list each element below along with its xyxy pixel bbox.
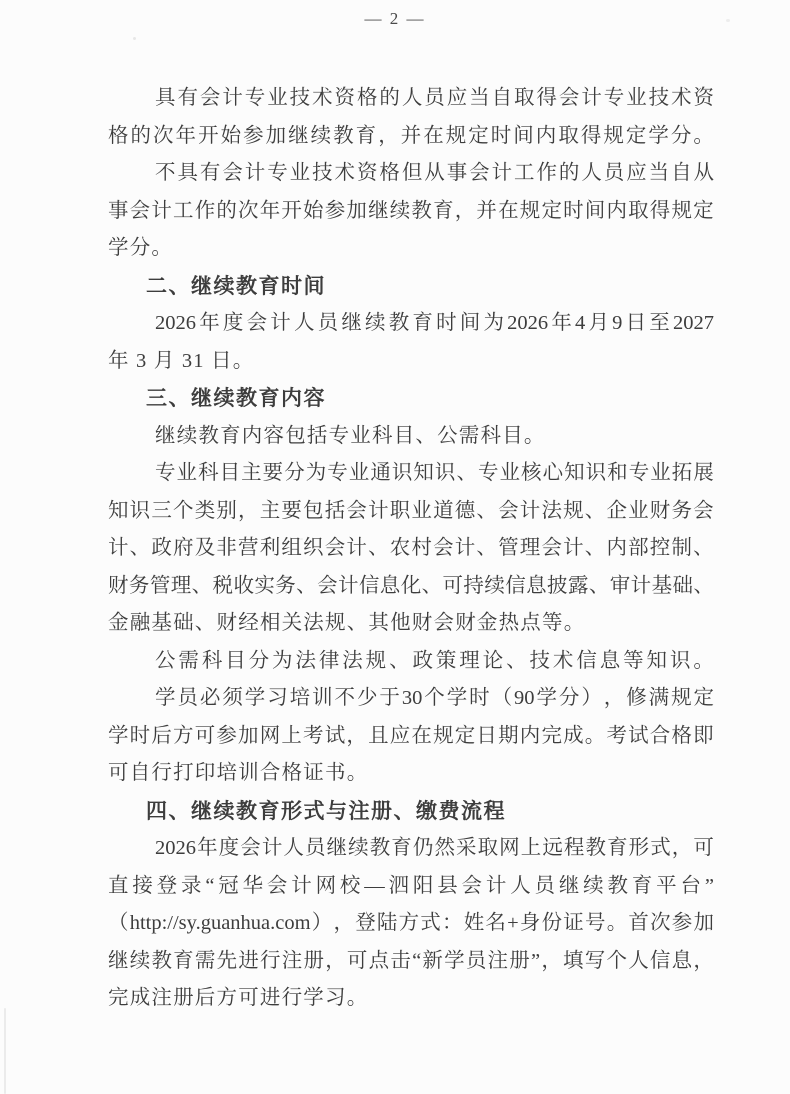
text-line: 不具有会计专业技术资格但从事会计工作的人员应当自从 [108,155,714,193]
section-heading: 三、继续教育内容 [108,380,714,418]
section-heading: 二、继续教育时间 [108,268,714,306]
text-line: 完成注册后方可进行学习。 [108,980,714,1018]
scanned-document-page: 具有会计专业技术资格的人员应当自取得会计专业技术资格的次年开始参加继续教育，并在… [0,0,790,1094]
scan-artifact [300,538,303,540]
text-line: 计、政府及非营利组织会计、农村会计、管理会计、内部控制、 [108,530,714,568]
text-line: 可自行打印培训合格证书。 [108,755,714,793]
scan-artifact [133,37,136,40]
text-line: 事会计工作的次年开始参加继续教育，并在规定时间内取得规定 [108,193,714,231]
text-line: （http://sy.guanhua.com），登陆方式：姓名+身份证号。首次参… [108,905,714,943]
document-body: 具有会计专业技术资格的人员应当自取得会计专业技术资格的次年开始参加继续教育，并在… [108,80,714,1018]
text-line: 金融基础、财经相关法规、其他财会财金热点等。 [108,605,714,643]
text-line: 具有会计专业技术资格的人员应当自取得会计专业技术资 [108,80,714,118]
text-line: 财务管理、税收实务、会计信息化、可持续信息披露、审计基础、 [108,568,714,606]
text-line: 2026年度会计人员继续教育仍然采取网上远程教育形式，可 [108,830,714,868]
text-line: 2026年度会计人员继续教育时间为2026年4月9日至2027 [108,305,714,343]
text-line: 直接登录“冠华会计网校—泗阳县会计人员继续教育平台” [108,868,714,906]
text-line: 知识三个类别，主要包括会计职业道德、会计法规、企业财务会 [108,493,714,531]
text-line: 年 3 月 31 日。 [108,343,714,381]
scan-artifact [726,19,730,22]
text-line: 继续教育需先进行注册，可点击“新学员注册”，填写个人信息， [108,943,714,981]
text-line: 公需科目分为法律法规、政策理论、技术信息等知识。 [108,643,714,681]
text-line: 学时后方可参加网上考试，且应在规定日期内完成。考试合格即 [108,718,714,756]
text-line: 格的次年开始参加继续教育，并在规定时间内取得规定学分。 [108,118,714,156]
page-number: — 2 — [0,4,790,34]
text-line: 专业科目主要分为专业通识知识、专业核心知识和专业拓展 [108,455,714,493]
text-line: 学员必须学习培训不少于30个学时（90学分），修满规定 [108,680,714,718]
scan-edge-artifact [4,1008,6,1094]
text-line: 继续教育内容包括专业科目、公需科目。 [108,418,714,456]
section-heading: 四、继续教育形式与注册、缴费流程 [108,793,714,831]
text-line: 学分。 [108,230,714,268]
